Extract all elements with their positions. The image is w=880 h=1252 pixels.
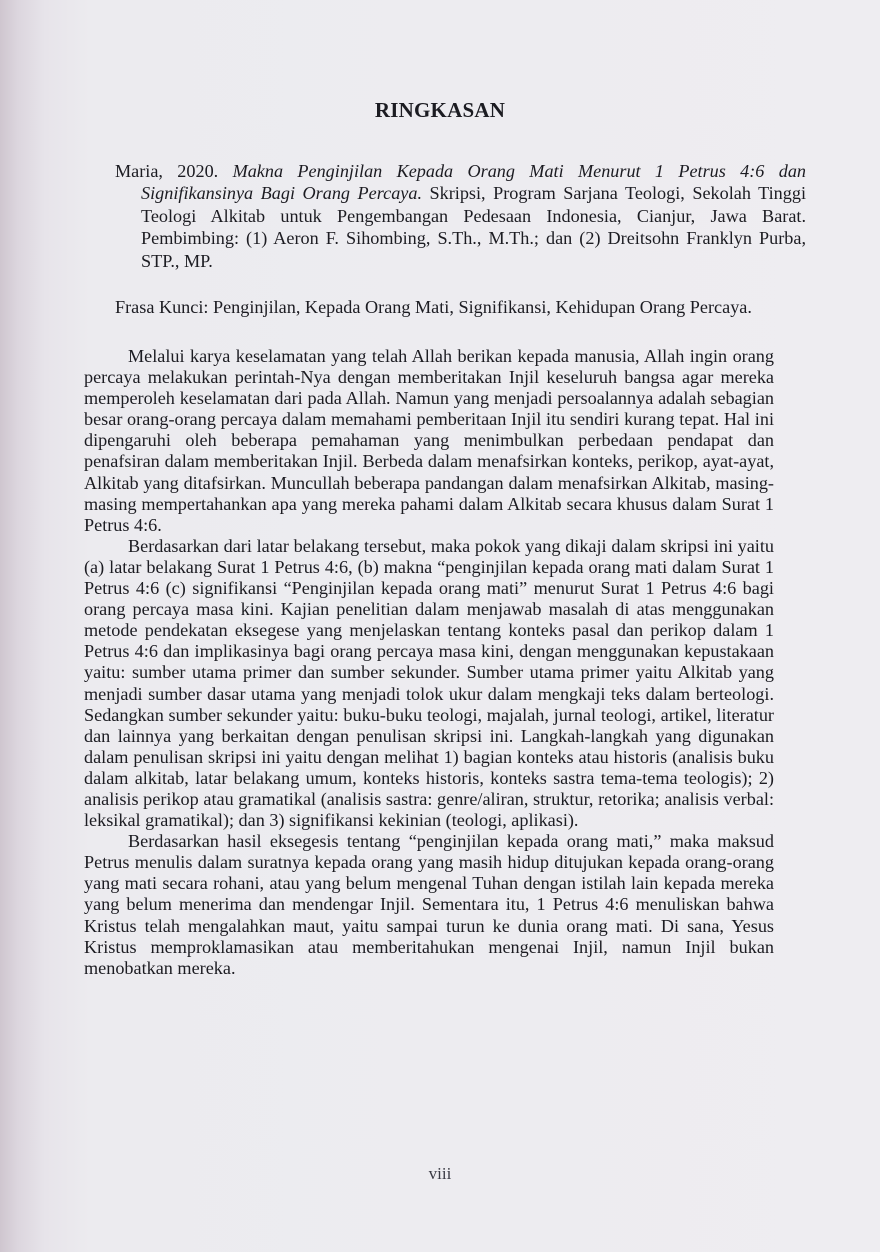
citation: Maria, 2020. Makna Penginjilan Kepada Or… <box>115 160 806 272</box>
paragraph: Melalui karya keselamatan yang telah All… <box>84 346 774 536</box>
page-title: RINGKASAN <box>0 98 880 123</box>
page-number: viii <box>0 1164 880 1184</box>
paragraph: Berdasarkan dari latar belakang tersebut… <box>84 536 774 831</box>
summary-body: Melalui karya keselamatan yang telah All… <box>84 346 774 979</box>
citation-author-year: Maria, 2020. <box>115 161 218 181</box>
paragraph: Berdasarkan hasil eksegesis tentang “pen… <box>84 831 774 979</box>
scanned-page: RINGKASAN Maria, 2020. Makna Penginjilan… <box>0 0 880 1252</box>
keywords: Frasa Kunci: Penginjilan, Kepada Orang M… <box>115 296 780 318</box>
